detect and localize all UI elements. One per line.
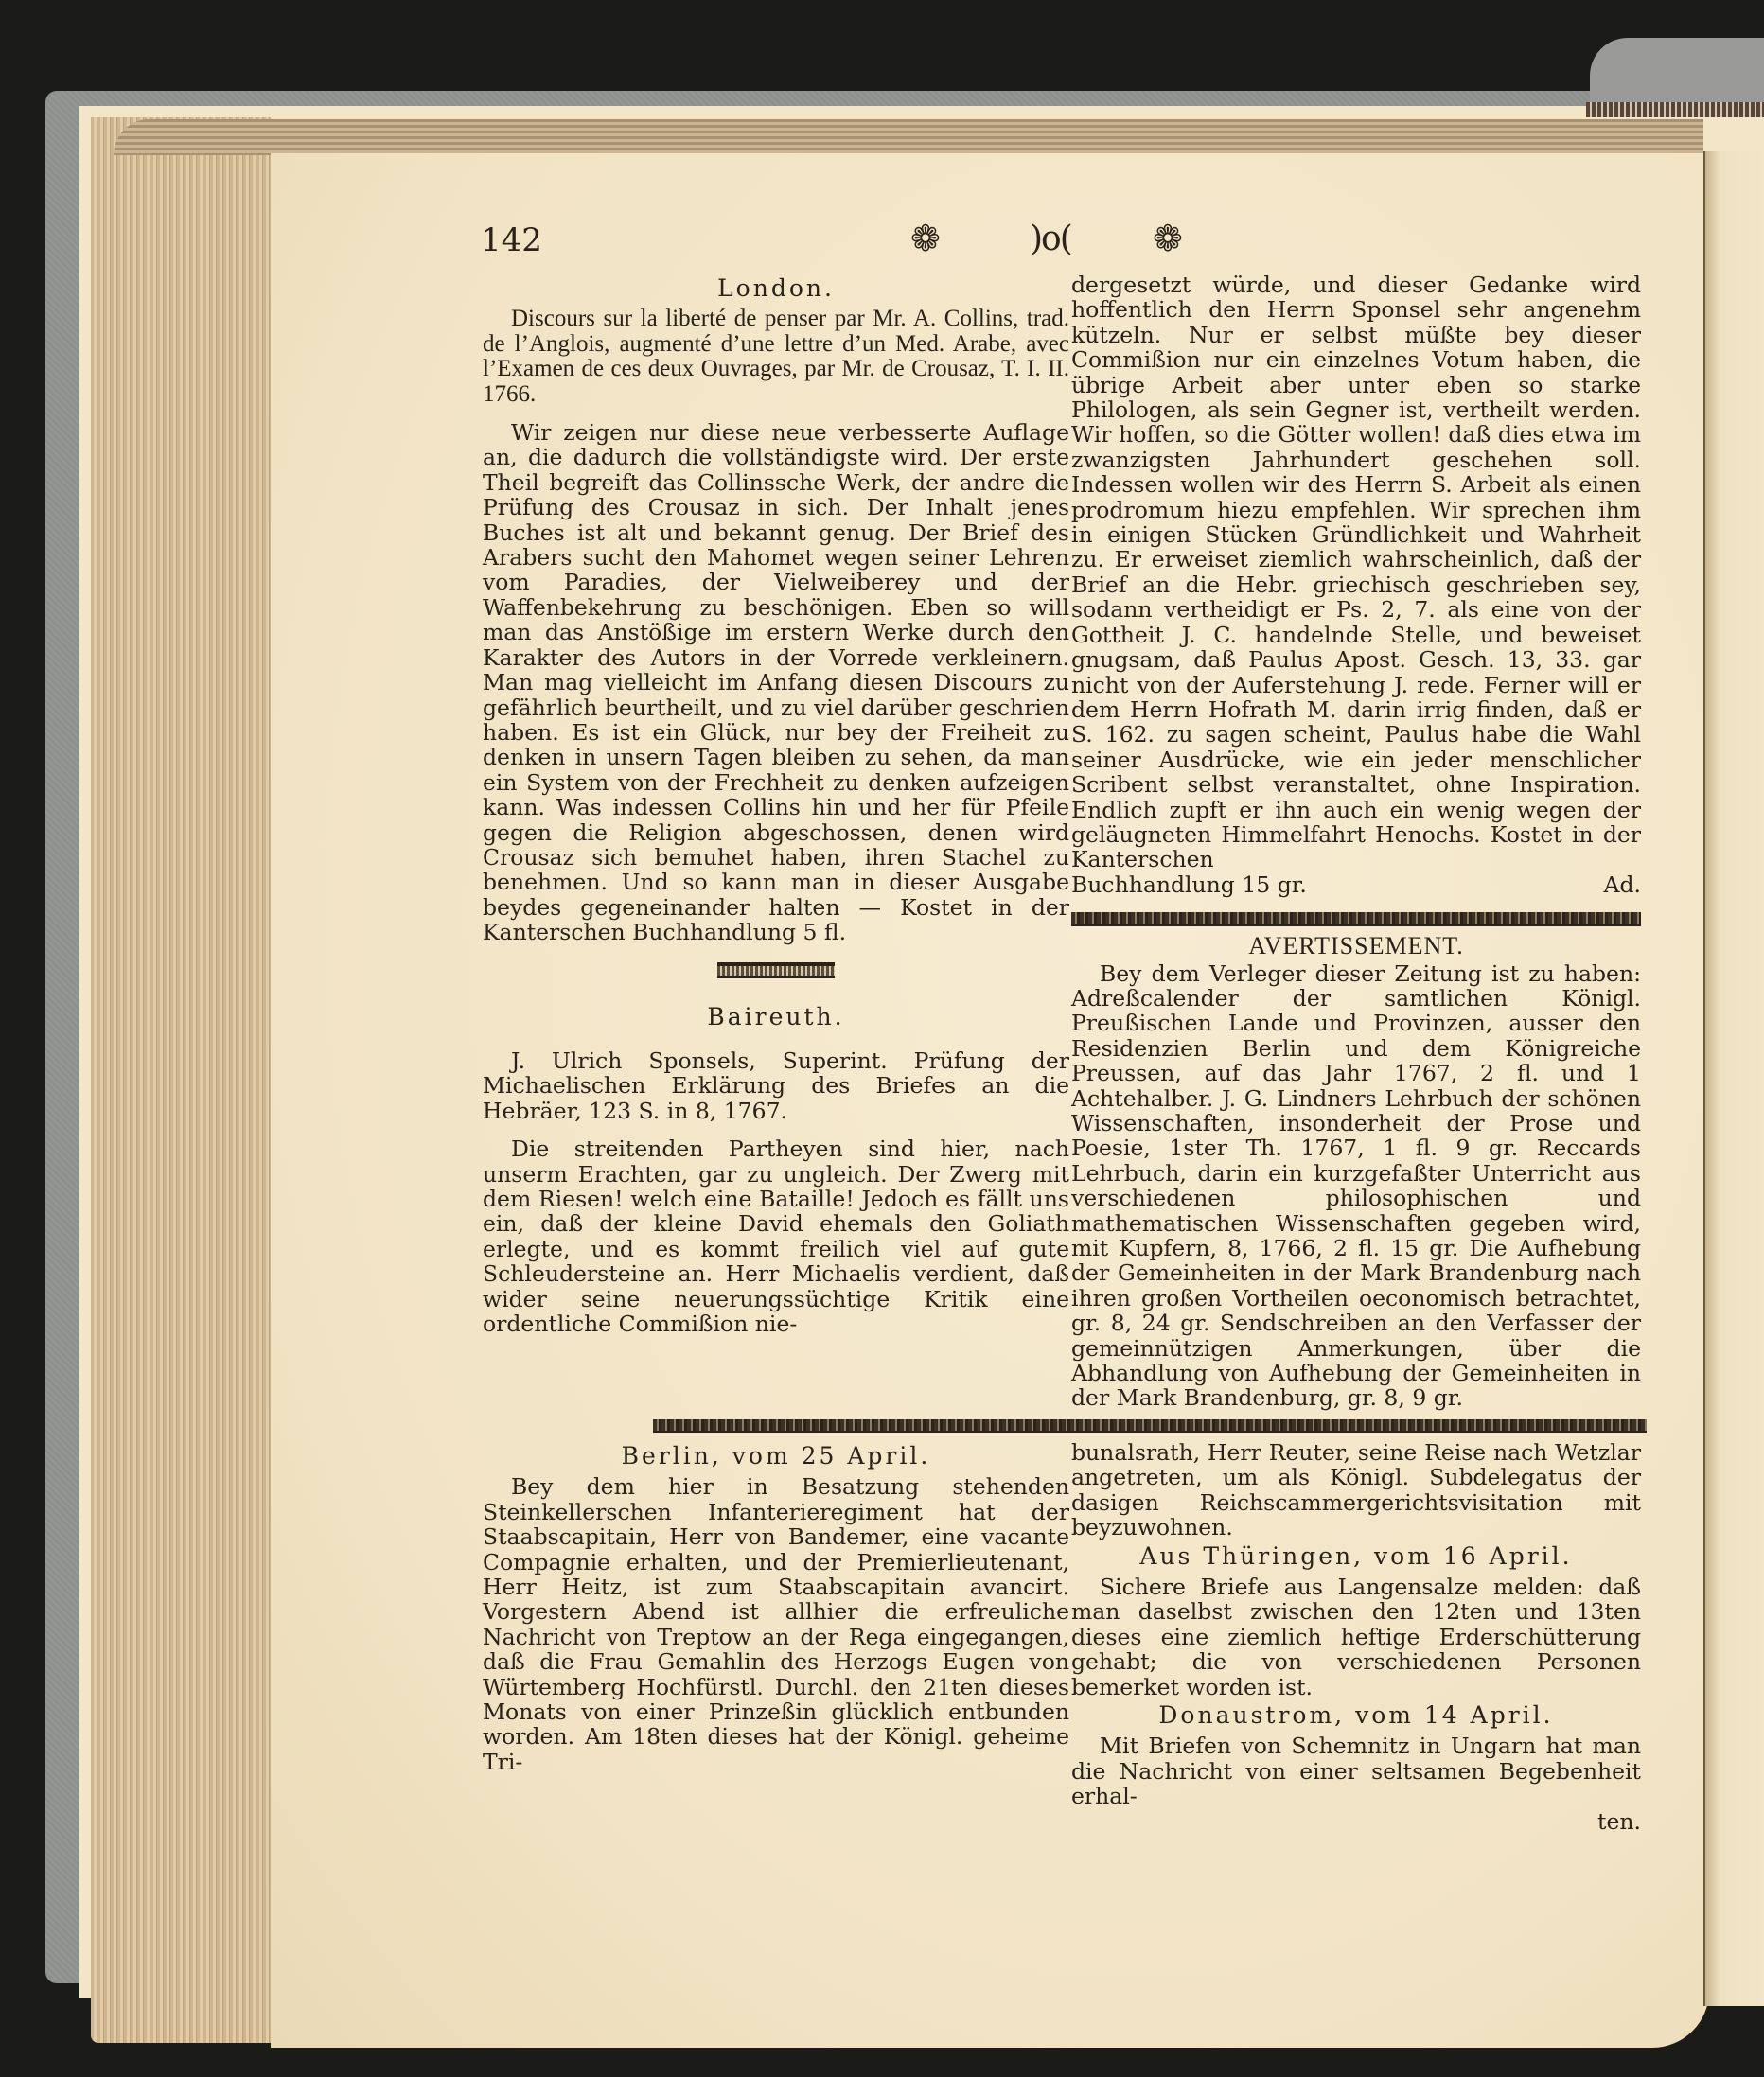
berlin-body-left: Bey dem hier in Besatzung stehenden Stei… [483,1474,1069,1774]
section-heading-avertissement: AVERTISSEMENT. [1071,934,1641,959]
book-cover-right [1590,38,1764,104]
section-heading-thueringen: Aus Thüringen, vom 16 April. [1071,1544,1641,1569]
page-edges-top [114,119,1703,155]
spine-stitching [1586,102,1764,117]
thueringen-body: Sichere Briefe aus Langensalze melden: d… [1071,1575,1641,1699]
baireuth-body-right: dergesetzt würde, und dieser Gedanke wir… [1071,273,1641,872]
section-heading-baireuth: Baireuth. [483,1005,1069,1030]
column-right-upper: dergesetzt würde, und dieser Gedanke wir… [1071,273,1641,1411]
divider-ornament-icon: )o( [1030,220,1071,258]
running-head: 142 ❁ )o( ❁ [481,216,1181,263]
baireuth-body-left: Die streitenden Partheyen sind hier, nac… [483,1136,1069,1336]
avertissement-body: Bey dem Verleger dieser Zeitung ist zu h… [1071,961,1641,1411]
section-heading-london: London. [483,276,1069,301]
donaustrom-body-end: ten. [1071,1809,1641,1834]
section-rule-divider [653,1419,1647,1433]
shell-ornament-icon: ❁ [910,218,941,259]
london-body: Wir zeigen nur diese neue verbesserte Au… [483,420,1069,945]
donaustrom-body: Mit Briefen von Schemnitz in Ungarn hat … [1071,1734,1641,1808]
baireuth-price: Buchhandlung 15 gr. [1071,872,1307,897]
column-left-upper: London. Discours sur la liberté de pense… [483,273,1069,1336]
berlin-body-right: bunalsrath, Herr Reuter, seine Reise nac… [1071,1440,1641,1540]
baireuth-citation: J. Ulrich Sponsels, Superint. Prüfung de… [483,1048,1069,1123]
section-heading-berlin: Berlin, vom 25 April. [483,1444,1069,1469]
shell-ornament-icon: ❁ [1153,218,1183,259]
column-left-lower: Berlin, vom 25 April. Bey dem hier in Be… [483,1440,1069,1774]
long-rule-divider [1071,912,1641,926]
reviewer-signature: Ad. [1604,872,1641,897]
column-right-lower: bunalsrath, Herr Reuter, seine Reise nac… [1071,1440,1641,1834]
short-rule-divider [717,962,835,978]
london-citation: Discours sur la liberté de penser par Mr… [483,307,1069,407]
page-number: 142 [481,221,542,259]
facing-page-gutter [1703,151,1764,2006]
page-edges-left [91,117,271,2043]
section-heading-donaustrom: Donaustrom, vom 14 April. [1071,1703,1641,1728]
